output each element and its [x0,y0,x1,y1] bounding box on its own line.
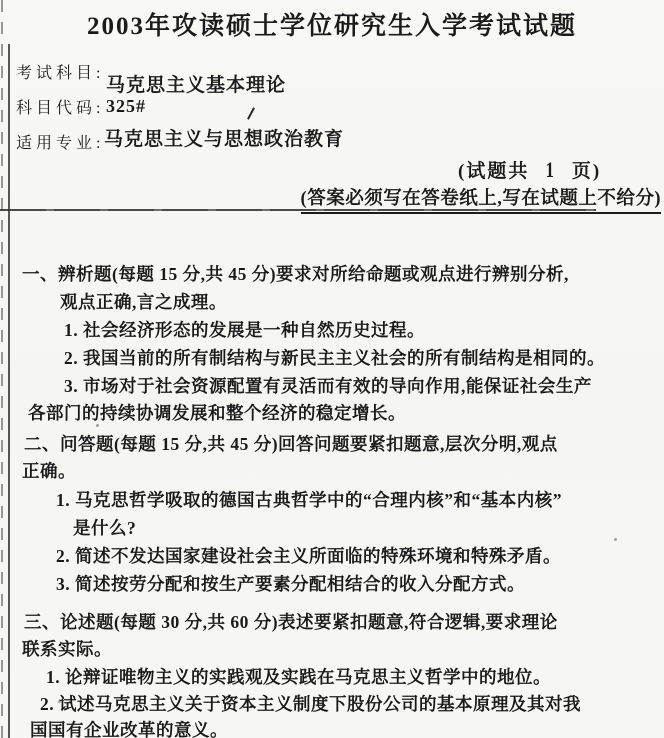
scan-speckle [96,424,99,427]
section-2-question-1-line-2: 是什么? [73,515,136,540]
section-3-question-1: 1. 论辩证唯物主义的实践观及实践在马克思主义哲学中的地位。 [46,664,551,689]
section-3-question-2-line-2: 国国有企业改革的意义。 [30,717,228,738]
section-1-question-3-line-2: 各部门的持续协调发展和整个经济的稳定增长。 [28,400,406,425]
section-3-question-2-line-1: 2. 试述马克思主义关于资本主义制度下股份公司的基本原理及其对我 [40,691,581,716]
section-2-heading-line-1: 二、问答题(每题 15 分,共 45 分)回答问题要紧扣题意,层次分明,观点 [24,431,558,456]
section-1-question-1: 1. 社会经济形态的发展是一种自然历史过程。 [64,317,425,342]
pages-note-prefix: (试题共 [458,161,529,182]
header-divider-line [0,209,596,211]
section-1-question-2: 2. 我国当前的所有制结构与新民主主义社会的所有制结构是相同的。 [64,345,605,370]
field-label-exam-subject: 考试科目: [16,60,104,83]
pages-note-suffix: 页) [572,161,601,182]
field-label-applicable-major: 适用专业: [16,130,104,153]
exam-paper-scan: 2003年攻读硕士学位研究生入学考试试题 考试科目: 马克思主义基本理论 科目代… [0,0,664,738]
pages-note: (试题共 1 页) [458,156,601,183]
section-1-heading-line-2: 观点正确,言之成理。 [60,289,227,314]
scan-speckle [58,700,61,703]
section-3-heading-line-2: 联系实际。 [22,636,112,661]
field-label-subject-code: 科目代码: [16,95,104,118]
exam-title: 2003年攻读硕士学位研究生入学考试试题 [0,6,664,42]
section-1-question-3-line-1: 3. 市场对于社会资源配置有灵活而有效的导向作用,能保证社会生产 [64,373,592,398]
field-value-exam-subject: 马克思主义基本理论 [106,70,286,97]
section-3-heading-line-1: 三、论述题(每题 30 分,共 60 分)表述要紧扣题意,符合逻辑,要求理论 [24,609,558,634]
left-margin-line-outer [1,0,3,738]
section-1-heading-line-1: 一、辨析题(每题 15 分,共 45 分)要求对所给命题或观点进行辨别分析, [22,261,569,286]
section-2-question-1-line-1: 1. 马克思哲学吸取的德国古典哲学中的“合理内核”和“基本内核” [56,487,562,512]
stray-pen-mark [247,107,255,119]
field-value-applicable-major: 马克思主义与思想政治教育 [104,124,344,151]
scan-speckle [614,538,617,541]
section-2-heading-line-2: 正确。 [22,458,76,483]
left-margin-line-inner [8,44,10,738]
section-2-question-3: 3. 简述按劳分配和按生产要素分配相结合的收入分配方式。 [56,571,525,596]
section-2-question-2: 2. 简述不发达国家建设社会主义所面临的特殊环境和特殊矛盾。 [56,543,561,568]
field-value-subject-code: 325# [106,96,146,117]
handwritten-page-count: 1 [546,157,556,183]
